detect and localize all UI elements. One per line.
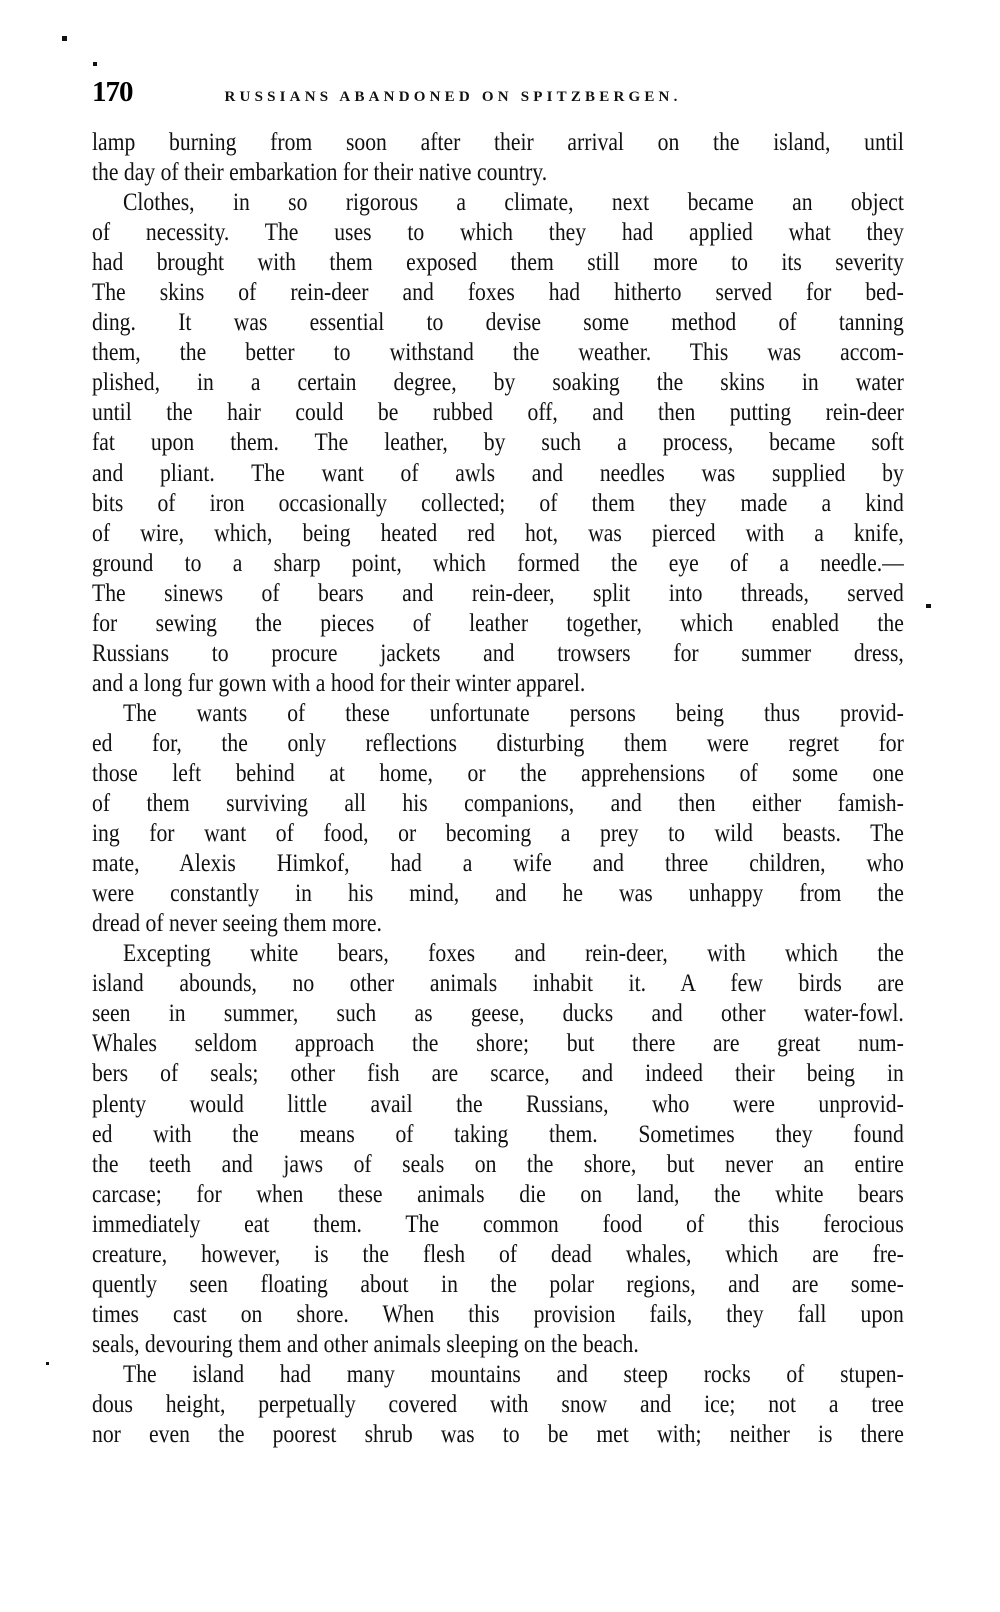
- text-line: ing for want of food, or becoming a prey…: [92, 819, 904, 849]
- page-header: 170 RUSSIANS ABANDONED ON SPITZBERGEN.: [92, 76, 892, 116]
- text-line: bits of iron occasionally collected; of …: [92, 489, 904, 519]
- text-line: Clothes, in so rigorous a climate, next …: [92, 188, 904, 218]
- text-line: times cast on shore. When this provision…: [92, 1300, 904, 1330]
- book-page: 170 RUSSIANS ABANDONED ON SPITZBERGEN. l…: [0, 0, 1000, 1612]
- text-line: Whales seldom approach the shore; but th…: [92, 1029, 904, 1059]
- text-line: creature, however, is the flesh of dead …: [92, 1240, 904, 1270]
- text-line: nor even the poorest shrub was to be met…: [92, 1420, 904, 1450]
- scan-speck: [46, 1362, 49, 1365]
- text-line: bers of seals; other fish are scarce, an…: [92, 1059, 904, 1089]
- running-head: RUSSIANS ABANDONED ON SPITZBERGEN.: [225, 89, 682, 106]
- text-line: ding. It was essential to devise some me…: [92, 308, 904, 338]
- text-line: The island had many mountains and steep …: [92, 1360, 904, 1390]
- body-text: lamp burning from soon after their arriv…: [92, 128, 790, 1450]
- text-line: lamp burning from soon after their arriv…: [92, 128, 904, 158]
- text-line: those left behind at home, or the appreh…: [92, 759, 904, 789]
- text-line: ed for, the only reflections disturbing …: [92, 729, 904, 759]
- text-line: the teeth and jaws of seals on the shore…: [92, 1150, 904, 1180]
- text-line: The wants of these unfortunate persons b…: [92, 699, 904, 729]
- text-line: of necessity. The uses to which they had…: [92, 218, 904, 248]
- text-line: seen in summer, such as geese, ducks and…: [92, 999, 904, 1029]
- paragraph: lamp burning from soon after their arriv…: [92, 128, 790, 188]
- paragraph: Clothes, in so rigorous a climate, next …: [92, 188, 790, 699]
- text-line: plished, in a certain degree, by soaking…: [92, 368, 904, 398]
- paragraph: The island had many mountains and steep …: [92, 1360, 790, 1450]
- text-line: them, the better to withstand the weathe…: [92, 338, 904, 368]
- scan-speck: [62, 36, 67, 41]
- text-line: The sinews of bears and rein-deer, split…: [92, 579, 904, 609]
- text-line: carcase; for when these animals die on l…: [92, 1180, 904, 1210]
- text-line: for sewing the pieces of leather togethe…: [92, 609, 904, 639]
- text-line: plenty would little avail the Russians, …: [92, 1090, 904, 1120]
- text-line: quently seen floating about in the polar…: [92, 1270, 904, 1300]
- text-line: of them surviving all his companions, an…: [92, 789, 904, 819]
- scan-speck: [93, 62, 97, 66]
- text-line: ground to a sharp point, which formed th…: [92, 549, 904, 579]
- text-line: fat upon them. The leather, by such a pr…: [92, 428, 904, 458]
- text-line: of wire, which, being heated red hot, wa…: [92, 519, 904, 549]
- paragraph: Excepting white bears, foxes and rein-de…: [92, 939, 790, 1360]
- text-line: Russians to procure jackets and trowsers…: [92, 639, 904, 669]
- text-line: were constantly in his mind, and he was …: [92, 879, 904, 909]
- page-number: 170: [92, 76, 133, 109]
- text-line: and a long fur gown with a hood for thei…: [92, 669, 904, 699]
- text-line: mate, Alexis Himkof, had a wife and thre…: [92, 849, 904, 879]
- scan-speck: [926, 604, 931, 608]
- text-line: The skins of rein-deer and foxes had hit…: [92, 278, 904, 308]
- text-line: had brought with them exposed them still…: [92, 248, 904, 278]
- text-line: immediately eat them. The common food of…: [92, 1210, 904, 1240]
- text-line: Excepting white bears, foxes and rein-de…: [92, 939, 904, 969]
- paragraph: The wants of these unfortunate persons b…: [92, 699, 790, 939]
- text-line: until the hair could be rubbed off, and …: [92, 398, 904, 428]
- text-line: dread of never seeing them more.: [92, 909, 904, 939]
- text-line: island abounds, no other animals inhabit…: [92, 969, 904, 999]
- text-line: dous height, perpetually covered with sn…: [92, 1390, 904, 1420]
- text-line: and pliant. The want of awls and needles…: [92, 459, 904, 489]
- text-line: the day of their embarkation for their n…: [92, 158, 904, 188]
- text-line: ed with the means of taking them. Someti…: [92, 1120, 904, 1150]
- text-line: seals, devouring them and other animals …: [92, 1330, 904, 1360]
